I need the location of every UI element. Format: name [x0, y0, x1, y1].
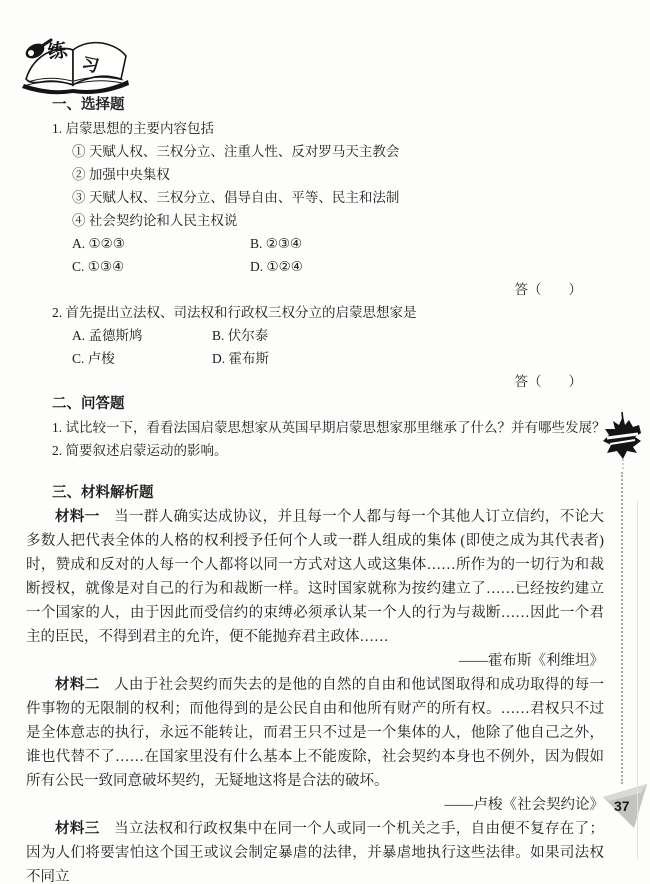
material-2-text: 人由于社会契约而失去的是他的自然的自由和他试图取得和成功取得的每一件事物的无限制… — [26, 677, 604, 789]
materials-block: 材料一当一群人确实达成协议，并且每一个人都与每一个其他人订立信约，不论大多数人把… — [26, 505, 616, 884]
q1-option-a: A. ①②③ — [72, 232, 250, 255]
material-1-label: 材料一 — [55, 509, 100, 525]
material-3-paragraph: 材料三当立法权和行政权集中在同一个人或同一个机关之手，自由便不复存在了；因为人们… — [26, 817, 604, 884]
q2-answer-blank: 答（ ） — [26, 370, 582, 393]
logo-char-left: 练 — [46, 38, 70, 64]
practice-logo: 练 习 — [14, 34, 138, 100]
q1-answer-blank: 答（ ） — [26, 278, 582, 301]
village-ink-sketch-icon — [598, 410, 648, 472]
page-content: 一、选择题 1. 启蒙思想的主要内容包括 ① 天赋人权、三权分立、注重人性、反对… — [26, 94, 616, 884]
material-3-label: 材料三 — [55, 821, 100, 837]
q1-option-b: B. ②③④ — [250, 232, 616, 255]
material-1-text: 当一群人确实达成协议，并且每一个人都与每一个其他人订立信约，不论大多数人把代表全… — [26, 509, 604, 645]
question-1-stem: 1. 启蒙思想的主要内容包括 — [52, 117, 616, 140]
material-2-source: ——卢梭《社会契约论》 — [26, 793, 604, 817]
dotted-vertical-rule — [621, 472, 623, 784]
statement-1: ① 天赋人权、三权分立、注重人性、反对罗马天主教会 — [72, 140, 616, 163]
material-1-paragraph: 材料一当一群人确实达成协议，并且每一个人都与每一个其他人订立信约，不论大多数人把… — [26, 505, 604, 649]
statement-3: ③ 天赋人权、三权分立、倡导自由、平等、民主和法制 — [72, 186, 616, 209]
open-book-with-pen-icon: 练 习 — [14, 34, 138, 100]
scan-edge-artifact — [637, 500, 638, 860]
material-3-text: 当立法权和行政权集中在同一个人或同一个机关之手，自由便不复存在了；因为人们将要害… — [26, 821, 604, 884]
material-1-source: ——霍布斯《利维坦》 — [26, 649, 604, 673]
material-2-paragraph: 材料二人由于社会契约而失去的是他的自然的自由和他试图取得和成功取得的每一件事物的… — [26, 673, 604, 793]
statement-2: ② 加强中央集权 — [72, 163, 616, 186]
q1-option-d: D. ①②④ — [250, 255, 616, 278]
section-heading-material: 三、材料解析题 — [52, 482, 616, 505]
question-2-stem: 2. 首先提出立法权、司法权和行政权三权分立的启蒙思想家是 — [52, 301, 616, 324]
q2-option-b: B. 伏尔泰 — [212, 324, 616, 347]
section-heading-qa: 二、问答题 — [52, 393, 616, 416]
statement-4: ④ 社会契约论和人民主权说 — [72, 209, 616, 232]
qa-question-2: 2. 简要叙述启蒙运动的影响。 — [52, 439, 616, 462]
page-number: 37 — [614, 798, 630, 814]
q2-option-c: C. 卢梭 — [72, 347, 212, 370]
material-2-label: 材料二 — [55, 677, 100, 693]
page-number-marker: 37 — [601, 780, 649, 832]
section-heading-choice: 一、选择题 — [52, 94, 616, 117]
qa-question-1: 1. 试比较一下，看看法国启蒙思想家从英国早期启蒙思想家那里继承了什么？并有哪些… — [52, 416, 616, 439]
q2-option-d: D. 霍布斯 — [212, 347, 616, 370]
q2-option-a: A. 孟德斯鸠 — [72, 324, 212, 347]
workbook-page: 练 习 一、选择题 1. 启蒙思想的主要内容包括 ① 天赋人权、三权分立、注重人… — [0, 0, 650, 884]
q1-option-c: C. ①③④ — [72, 255, 250, 278]
